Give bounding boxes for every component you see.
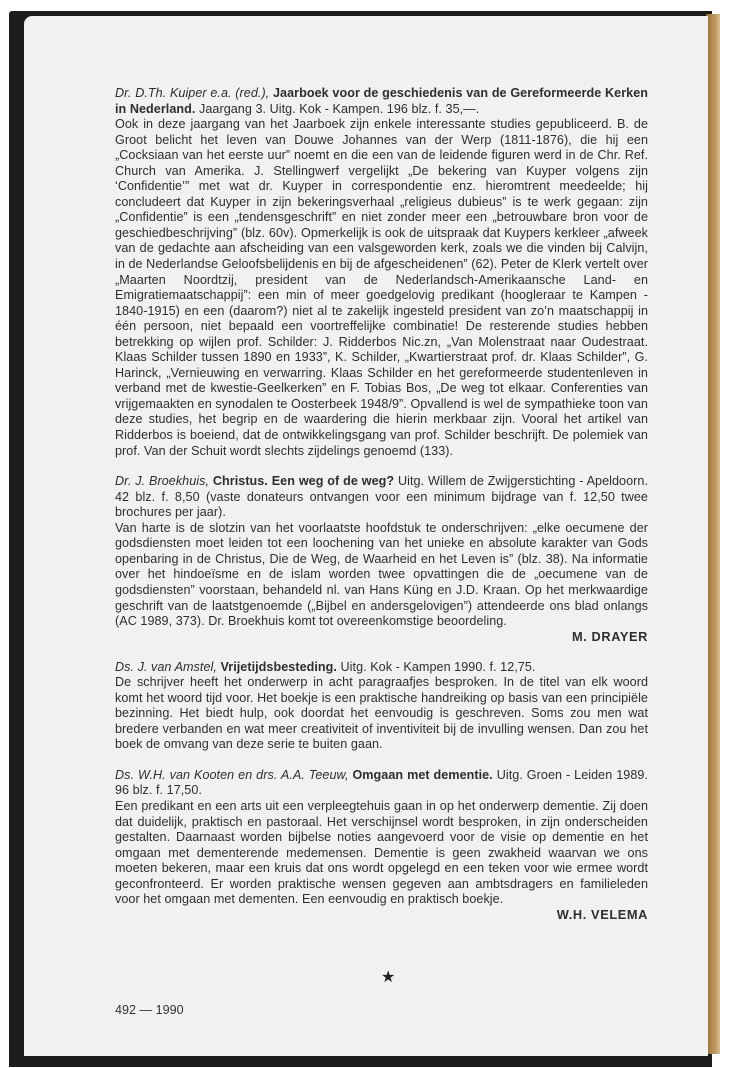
review-broekhuis: Dr. J. Broekhuis, Christus. Een weg of d… [115, 474, 648, 644]
review-kuiper: Dr. D.Th. Kuiper e.a. (red.), Jaarboek v… [115, 86, 648, 459]
reviewer-signature: M. DRAYER [115, 629, 648, 645]
review-title: Vrijetijdsbesteding. [220, 660, 336, 674]
page-number: 492 — 1990 [115, 1003, 184, 1017]
review-body: Een predikant en een arts uit een verple… [115, 799, 648, 908]
review-author: Dr. D.Th. Kuiper e.a. (red.), [115, 86, 269, 100]
reviewer-signature: W.H. VELEMA [115, 907, 648, 923]
review-author: Ds. J. van Amstel, [115, 660, 217, 674]
review-author: Ds. W.H. van Kooten en drs. A.A. Teeuw, [115, 768, 349, 782]
review-publication: Jaargang 3. Uitg. Kok - Kampen. 196 blz.… [199, 102, 479, 116]
review-heading: Dr. J. Broekhuis, Christus. Een weg of d… [115, 474, 648, 521]
review-heading: Dr. D.Th. Kuiper e.a. (red.), Jaarboek v… [115, 86, 648, 117]
review-title: Christus. Een weg of de weg? [213, 474, 394, 488]
review-body: Van harte is de slotzin van het voorlaat… [115, 521, 648, 630]
review-body: Ook in deze jaargang van het Jaarboek zi… [115, 117, 648, 459]
review-author: Dr. J. Broekhuis, [115, 474, 209, 488]
review-heading: Ds. W.H. van Kooten en drs. A.A. Teeuw, … [115, 768, 648, 799]
review-title: Omgaan met dementie. [352, 768, 492, 782]
star-separator-icon: ★ [381, 967, 395, 987]
book-spine [706, 14, 720, 1054]
review-body: De schrijver heeft het onderwerp in acht… [115, 675, 648, 753]
review-van-amstel: Ds. J. van Amstel, Vrijetijdsbesteding. … [115, 660, 648, 753]
review-publication: Uitg. Kok - Kampen 1990. f. 12,75. [341, 660, 536, 674]
reviews-column: Dr. D.Th. Kuiper e.a. (red.), Jaarboek v… [115, 86, 648, 936]
review-van-kooten: Ds. W.H. van Kooten en drs. A.A. Teeuw, … [115, 768, 648, 923]
review-heading: Ds. J. van Amstel, Vrijetijdsbesteding. … [115, 660, 648, 676]
